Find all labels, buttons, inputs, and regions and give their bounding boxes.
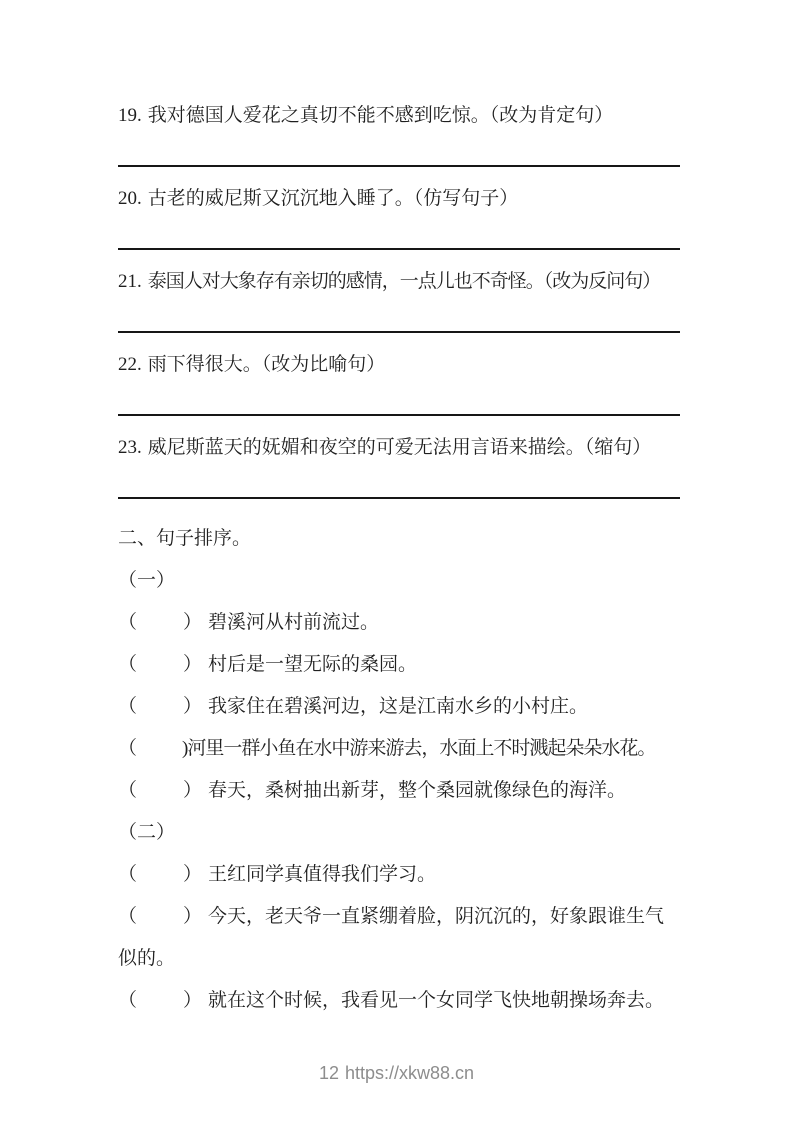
order-item-1-5-text: 春天，桑树抽出新芽，整个桑园就像绿色的海洋。 xyxy=(208,780,626,801)
close-paren: ） xyxy=(183,780,202,801)
order-item-1-2: （）村后是一望无际的桑园。 xyxy=(118,644,680,686)
answer-line-20 xyxy=(118,248,680,250)
open-paren: （ xyxy=(118,738,136,759)
answer-line-19 xyxy=(118,165,680,167)
close-paren: ） xyxy=(183,612,202,633)
order-item-1-4: （)河里一群小鱼在水中游来游去，水面上不时溅起朵朵水花。 xyxy=(118,728,680,770)
close-paren: ） xyxy=(183,654,202,675)
order-item-2-1-text: 王红同学真值得我们学习。 xyxy=(208,864,436,885)
page-number: 12 xyxy=(319,1063,339,1083)
question-19-number: 19. xyxy=(118,105,142,126)
close-paren: ） xyxy=(183,990,202,1011)
worksheet-content: 19.我对德国人爱花之真切不能不感到吃惊。（改为肯定句） 20.古老的威尼斯又沉… xyxy=(118,0,680,1022)
question-22-number: 22. xyxy=(118,354,142,375)
question-22-text: 雨下得很大。（改为比喻句） xyxy=(148,354,386,375)
order-item-2-3: （）就在这个时候，我看见一个女同学飞快地朝操场奔去。 xyxy=(118,980,680,1022)
order-item-1-4-text: 河里一群小鱼在水中游来游去，水面上不时溅起朵朵水花。 xyxy=(187,738,655,759)
answer-line-22 xyxy=(118,414,680,416)
question-21-number: 21. xyxy=(118,271,142,292)
order-item-1-3-text: 我家住在碧溪河边，这是江南水乡的小村庄。 xyxy=(208,696,588,717)
order-item-1-1-text: 碧溪河从村前流过。 xyxy=(208,612,379,633)
open-paren: （ xyxy=(118,696,137,717)
question-19-text: 我对德国人爱花之真切不能不感到吃惊。（改为肯定句） xyxy=(148,105,614,126)
worksheet-page: 19.我对德国人爱花之真切不能不感到吃惊。（改为肯定句） 20.古老的威尼斯又沉… xyxy=(0,0,793,1122)
question-23-text: 威尼斯蓝天的妩媚和夜空的可爱无法用言语来描绘。（缩句） xyxy=(148,437,652,458)
open-paren: （ xyxy=(118,780,137,801)
question-20-text: 古老的威尼斯又沉沉地入睡了。（仿写句子） xyxy=(148,188,519,209)
open-paren: （ xyxy=(118,864,137,885)
group-1-label: （一） xyxy=(118,560,680,602)
answer-blank xyxy=(137,879,183,880)
order-item-2-1: （）王红同学真值得我们学习。 xyxy=(118,854,680,896)
answer-blank xyxy=(136,753,182,754)
open-paren: （ xyxy=(118,654,137,675)
order-item-1-2-text: 村后是一望无际的桑园。 xyxy=(208,654,417,675)
question-20-number: 20. xyxy=(118,188,142,209)
order-item-2-3-text: 就在这个时候，我看见一个女同学飞快地朝操场奔去。 xyxy=(208,990,664,1011)
question-20: 20.古老的威尼斯又沉沉地入睡了。（仿写句子） xyxy=(118,186,680,212)
group-2-label: （二） xyxy=(118,812,680,854)
open-paren: （ xyxy=(118,906,137,927)
answer-blank xyxy=(137,795,183,796)
answer-blank xyxy=(137,1005,183,1006)
close-paren: ） xyxy=(183,906,202,927)
answer-line-23 xyxy=(118,497,680,499)
sorting-section-title: 二、句子排序。 xyxy=(118,518,680,560)
answer-blank xyxy=(137,711,183,712)
answer-blank xyxy=(137,627,183,628)
order-item-1-1: （）碧溪河从村前流过。 xyxy=(118,602,680,644)
watermark-url: https://xkw88.cn xyxy=(345,1063,474,1083)
question-23: 23.威尼斯蓝天的妩媚和夜空的可爱无法用言语来描绘。（缩句） xyxy=(118,435,680,461)
close-paren: ） xyxy=(183,696,202,717)
open-paren: （ xyxy=(118,612,137,633)
answer-line-21 xyxy=(118,331,680,333)
answer-blank xyxy=(137,921,183,922)
order-item-1-5: （）春天，桑树抽出新芽，整个桑园就像绿色的海洋。 xyxy=(118,770,680,812)
sorting-section: 二、句子排序。 （一） （）碧溪河从村前流过。 （）村后是一望无际的桑园。 （）… xyxy=(118,518,680,1022)
order-item-1-3: （）我家住在碧溪河边，这是江南水乡的小村庄。 xyxy=(118,686,680,728)
close-paren: ） xyxy=(183,864,202,885)
page-footer: 12https://xkw88.cn xyxy=(0,1062,793,1084)
question-21: 21.泰国人对大象存有亲切的感情，一点儿也不奇怪。（改为反问句） xyxy=(118,269,680,295)
question-22: 22.雨下得很大。（改为比喻句） xyxy=(118,352,680,378)
question-19: 19.我对德国人爱花之真切不能不感到吃惊。（改为肯定句） xyxy=(118,103,680,129)
question-21-text: 泰国人对大象存有亲切的感情，一点儿也不奇怪。（改为反问句） xyxy=(148,271,661,292)
question-23-number: 23. xyxy=(118,437,142,458)
answer-blank xyxy=(137,669,183,670)
open-paren: （ xyxy=(118,990,137,1011)
order-item-2-2: （）今天，老天爷一直紧绷着脸，阴沉沉的，好象跟谁生气似的。 xyxy=(118,896,680,980)
